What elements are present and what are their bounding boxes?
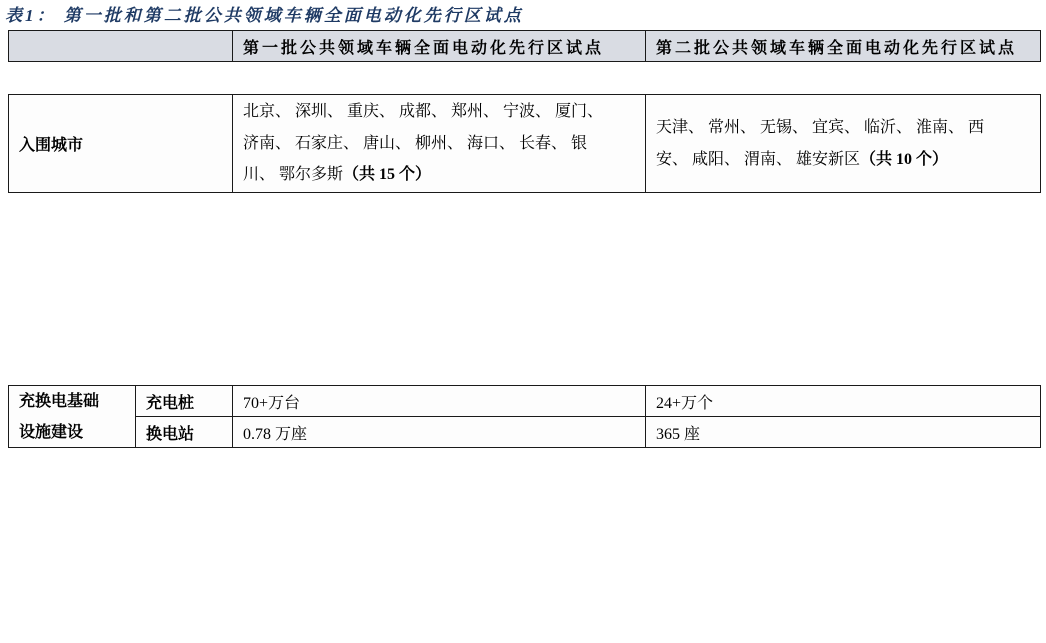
cities-batch1-line3: 川、 鄂尔多斯（共 15 个） (243, 159, 431, 191)
cities-batch1-count: （共 15 个） (343, 166, 431, 183)
table-row-swap-stations: 换电站 0.78 万座 365 座 (136, 417, 1040, 447)
infrastructure-label-cell: 充换电基础 设施建设 (9, 386, 136, 447)
charging-pile-batch2-value: 24+万个 (646, 386, 1040, 416)
cities-batch2-line1: 天津、 常州、 无锡、 宜宾、 临沂、 淮南、 西 (656, 112, 984, 144)
header-cell-blank (9, 31, 233, 61)
charging-pile-label: 充电桩 (136, 386, 233, 416)
swap-station-label: 换电站 (136, 417, 233, 447)
table-header-row: 第一批公共领域车辆全面电动化先行区试点 第二批公共领域车辆全面电动化先行区试点 (8, 30, 1041, 62)
header-cell-batch2: 第二批公共领域车辆全面电动化先行区试点 (646, 31, 1040, 61)
table-title: 表1： 第一批和第二批公共领域车辆全面电动化先行区试点 (5, 1, 524, 26)
swap-station-batch1-value: 0.78 万座 (233, 417, 646, 447)
infrastructure-label-line2: 设施建设 (19, 417, 135, 448)
cities-batch1-line3-text: 川、 鄂尔多斯 (243, 166, 343, 183)
cities-batch1-line2: 济南、 石家庄、 唐山、 柳州、 海口、 长春、 银 (243, 128, 587, 160)
cities-batch2-cell: 天津、 常州、 无锡、 宜宾、 临沂、 淮南、 西 安、 咸阳、 渭南、 雄安新… (646, 95, 1040, 192)
swap-station-batch2-value: 365 座 (646, 417, 1040, 447)
infrastructure-rows: 充电桩 70+万台 24+万个 换电站 0.78 万座 365 座 (136, 386, 1040, 447)
charging-pile-batch1-value: 70+万台 (233, 386, 646, 416)
cities-batch1-line1: 北京、 深圳、 重庆、 成都、 郑州、 宁波、 厦门、 (243, 96, 603, 128)
infrastructure-section: 充换电基础 设施建设 充电桩 70+万台 24+万个 换电站 0.78 万座 3… (8, 385, 1041, 448)
cities-row-label: 入围城市 (9, 95, 233, 192)
cities-batch2-line2-text: 安、 咸阳、 渭南、 雄安新区 (656, 151, 860, 168)
cities-batch2-count: （共 10 个） (860, 151, 948, 168)
cities-batch1-cell: 北京、 深圳、 重庆、 成都、 郑州、 宁波、 厦门、 济南、 石家庄、 唐山、… (233, 95, 646, 192)
cities-batch2-line2: 安、 咸阳、 渭南、 雄安新区（共 10 个） (656, 144, 948, 176)
table-row-charging-piles: 充电桩 70+万台 24+万个 (136, 386, 1040, 417)
header-cell-batch1: 第一批公共领域车辆全面电动化先行区试点 (233, 31, 646, 61)
cities-row: 入围城市 北京、 深圳、 重庆、 成都、 郑州、 宁波、 厦门、 济南、 石家庄… (8, 94, 1041, 193)
infrastructure-label-line1: 充换电基础 (19, 386, 135, 417)
